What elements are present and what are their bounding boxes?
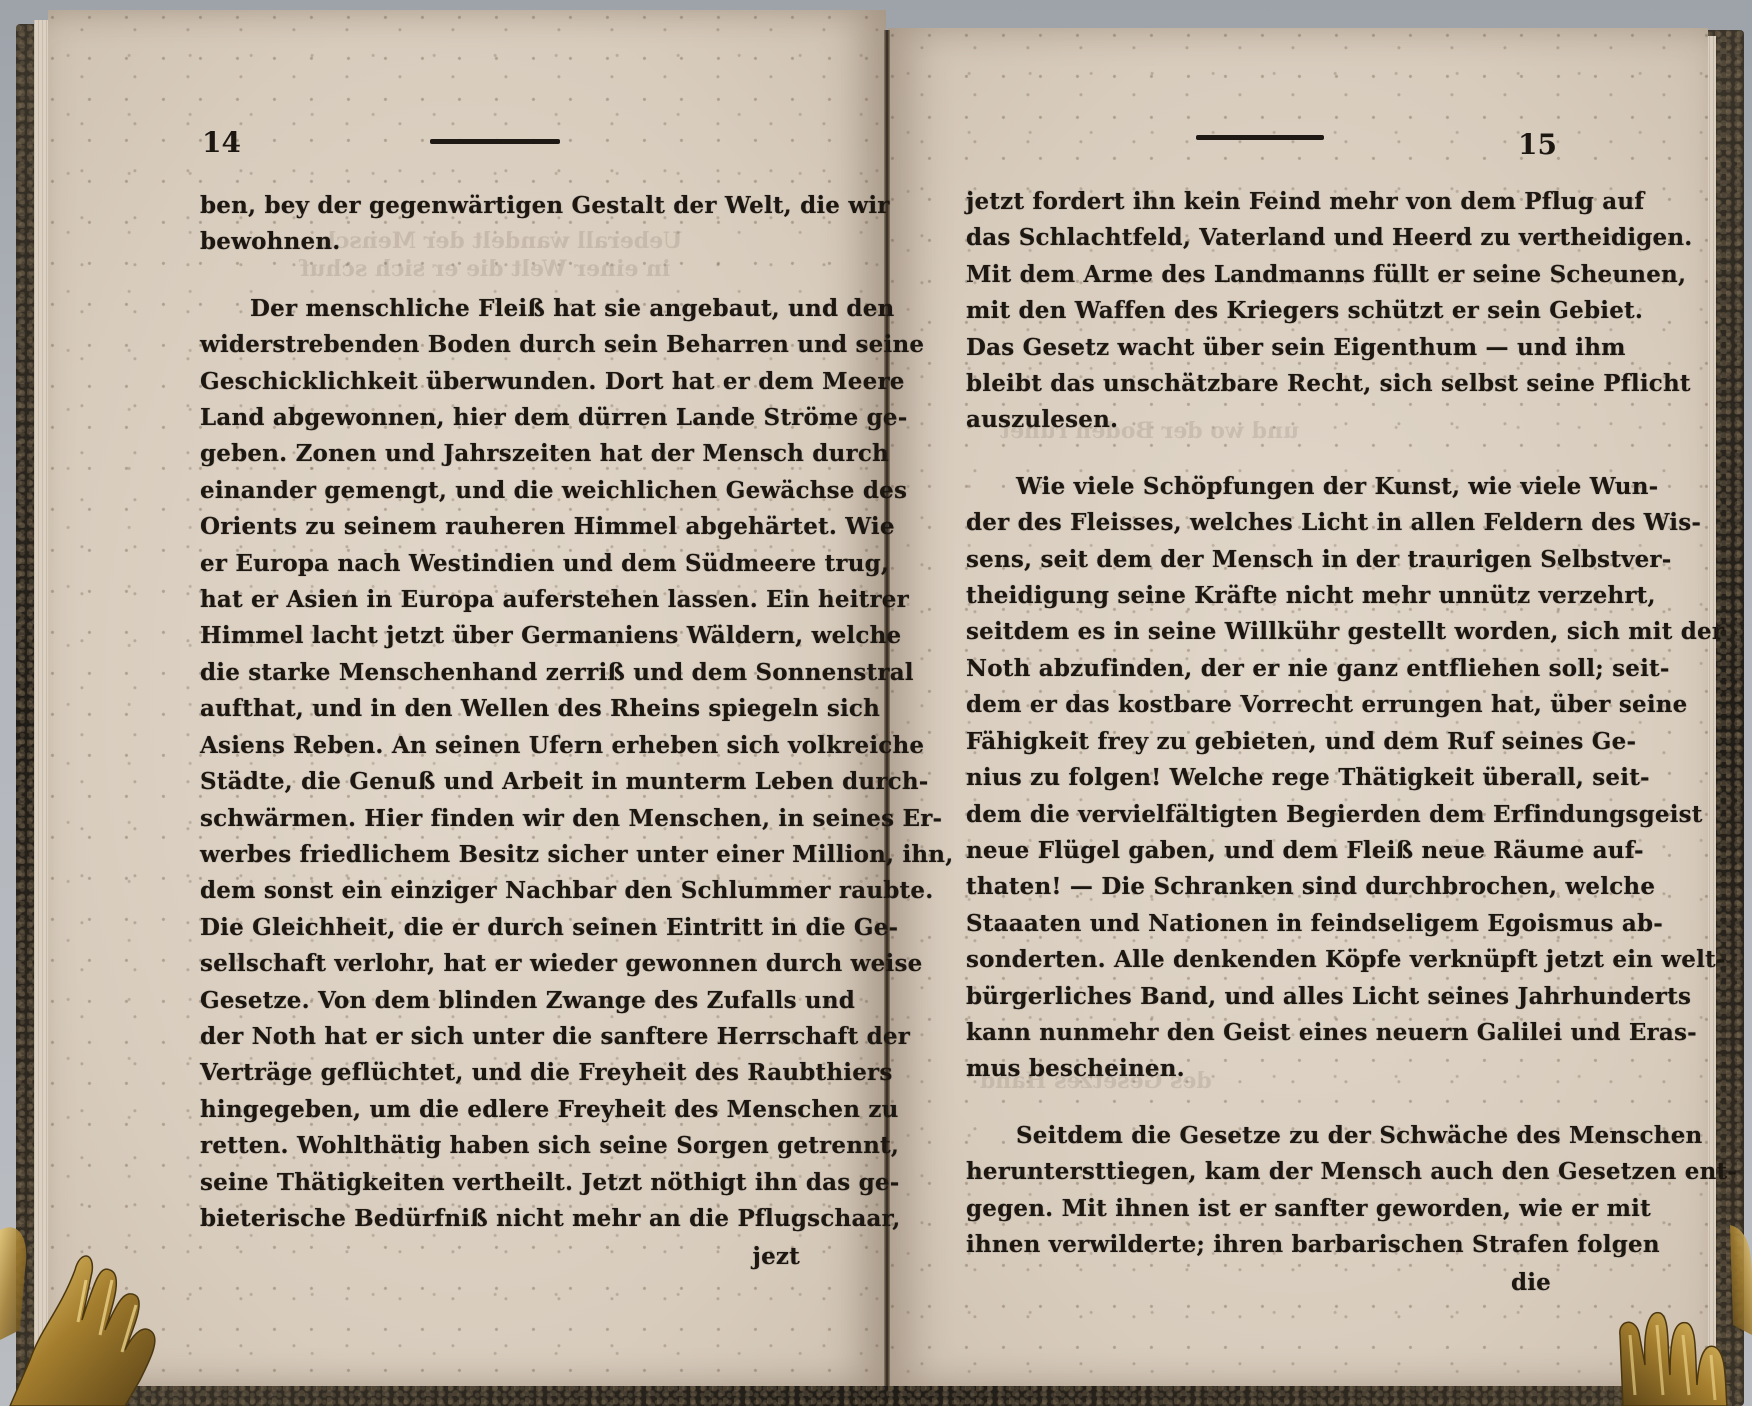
text-line: Staaaten und Nationen in feindseligem Eg…	[966, 906, 1551, 942]
text-line: ihnen verwilderte; ihren barbarischen St…	[966, 1227, 1551, 1263]
book-cover-bottom	[30, 1384, 1732, 1406]
text-line: bewohnen.	[200, 224, 800, 260]
text-line: Asiens Reben. An seinen Ufern erheben si…	[200, 728, 800, 764]
text-line: Städte, die Genuß und Arbeit in munterm …	[200, 764, 800, 800]
text-line: dem er das kostbare Vorrecht errungen ha…	[966, 687, 1551, 723]
text-line: Das Gesetz wacht über sein Eigenthum — u…	[966, 330, 1551, 366]
text-line: dem die vervielfältigten Begierden dem E…	[966, 797, 1551, 833]
paragraph-break	[200, 261, 800, 291]
header-rule-left	[430, 139, 560, 144]
text-line: der des Fleisses, welches Licht in allen…	[966, 505, 1551, 541]
text-line: nius zu folgen! Welche rege Thätigkeit ü…	[966, 760, 1551, 796]
text-line: sens, seit dem der Mensch in der traurig…	[966, 542, 1551, 578]
text-line: Gesetze. Von dem blinden Zwange des Zufa…	[200, 983, 800, 1019]
text-line: gegen. Mit ihnen ist er sanfter geworden…	[966, 1191, 1551, 1227]
text-line: die starke Menschenhand zerriß und dem S…	[200, 655, 800, 691]
text-line: sonderten. Alle denkenden Köpfe verknüpf…	[966, 942, 1551, 978]
text-line: retten. Wohlthätig haben sich seine Sorg…	[200, 1128, 800, 1164]
text-line: aufthat, und in den Wellen des Rheins sp…	[200, 691, 800, 727]
text-line: hat er Asien in Europa auferstehen lasse…	[200, 582, 800, 618]
brass-hand-clip-left-icon	[0, 1210, 180, 1406]
text-line: einander gemengt, und die weichlichen Ge…	[200, 473, 800, 509]
text-line: kann nunmehr den Geist eines neuern Gali…	[966, 1015, 1551, 1051]
text-line: Himmel lacht jetzt über Germaniens Wälde…	[200, 618, 800, 654]
catchword-right: die	[966, 1265, 1551, 1301]
paragraph-break	[966, 1088, 1551, 1118]
text-line: das Schlachtfeld, Vaterland und Heerd zu…	[966, 220, 1551, 256]
text-line: Verträge geflüchtet, und die Freyheit de…	[200, 1055, 800, 1091]
brass-hand-clip-right-icon	[1615, 1225, 1752, 1406]
text-line: geben. Zonen und Jahrszeiten hat der Men…	[200, 436, 800, 472]
text-line: neue Flügel gaben, und dem Fleiß neue Rä…	[966, 833, 1551, 869]
page-number-left: 14	[202, 126, 241, 159]
text-line: sellschaft verlohr, hat er wieder gewonn…	[200, 946, 800, 982]
text-line: dem sonst ein einziger Nachbar den Schlu…	[200, 873, 800, 909]
text-line: seine Thätigkeiten vertheilt. Jetzt nöth…	[200, 1165, 800, 1201]
text-line: er Europa nach Westindien und dem Südmee…	[200, 546, 800, 582]
text-line: schwärmen. Hier finden wir den Menschen,…	[200, 801, 800, 837]
text-line: Wie viele Schöpfungen der Kunst, wie vie…	[966, 469, 1551, 505]
text-line: widerstrebenden Boden durch sein Beharre…	[200, 327, 800, 363]
right-page-text: jetzt fordert ihn kein Feind mehr von de…	[966, 184, 1551, 1302]
text-line: Orients zu seinem rauheren Himmel abgehä…	[200, 509, 800, 545]
text-line: Der menschliche Fleiß hat sie angebaut, …	[200, 291, 800, 327]
text-line: werbes friedlichem Besitz sicher unter e…	[200, 837, 800, 873]
text-line: bleibt das unschätzbare Recht, sich selb…	[966, 366, 1551, 402]
text-line: Seitdem die Gesetze zu der Schwäche des …	[966, 1118, 1551, 1154]
text-line: auszulesen.	[966, 402, 1551, 438]
left-page-text: ben, bey der gegenwärtigen Gestalt der W…	[200, 188, 800, 1276]
catchword-left: jezt	[200, 1239, 800, 1275]
text-line: hingegeben, um die edlere Freyheit des M…	[200, 1092, 800, 1128]
text-line: Land abgewonnen, hier dem dürren Lande S…	[200, 400, 800, 436]
text-line: Mit dem Arme des Landmanns füllt er sein…	[966, 257, 1551, 293]
text-line: heruntersttiegen, kam der Mensch auch de…	[966, 1154, 1551, 1190]
text-line: mit den Waffen des Kriegers schützt er s…	[966, 293, 1551, 329]
page-number-right: 15	[1518, 128, 1557, 161]
text-line: ben, bey der gegenwärtigen Gestalt der W…	[200, 188, 800, 224]
text-line: theidigung seine Kräfte nicht mehr unnüt…	[966, 578, 1551, 614]
text-line: Geschicklichkeit überwunden. Dort hat er…	[200, 364, 800, 400]
paragraph-break	[966, 439, 1551, 469]
text-line: seitdem es in seine Willkühr gestellt wo…	[966, 614, 1551, 650]
text-line: Noth abzufinden, der er nie ganz entflie…	[966, 651, 1551, 687]
header-rule-right	[1196, 135, 1324, 140]
text-line: bürgerliches Band, und alles Licht seine…	[966, 979, 1551, 1015]
text-line: bieterische Bedürfniß nicht mehr an die …	[200, 1201, 800, 1237]
text-line: der Noth hat er sich unter die sanftere …	[200, 1019, 800, 1055]
text-line: thaten! — Die Schranken sind durchbroche…	[966, 869, 1551, 905]
text-line: jetzt fordert ihn kein Feind mehr von de…	[966, 184, 1551, 220]
text-line: Die Gleichheit, die er durch seinen Eint…	[200, 910, 800, 946]
text-line: mus bescheinen.	[966, 1051, 1551, 1087]
text-line: Fähigkeit frey zu gebieten, und dem Ruf …	[966, 724, 1551, 760]
